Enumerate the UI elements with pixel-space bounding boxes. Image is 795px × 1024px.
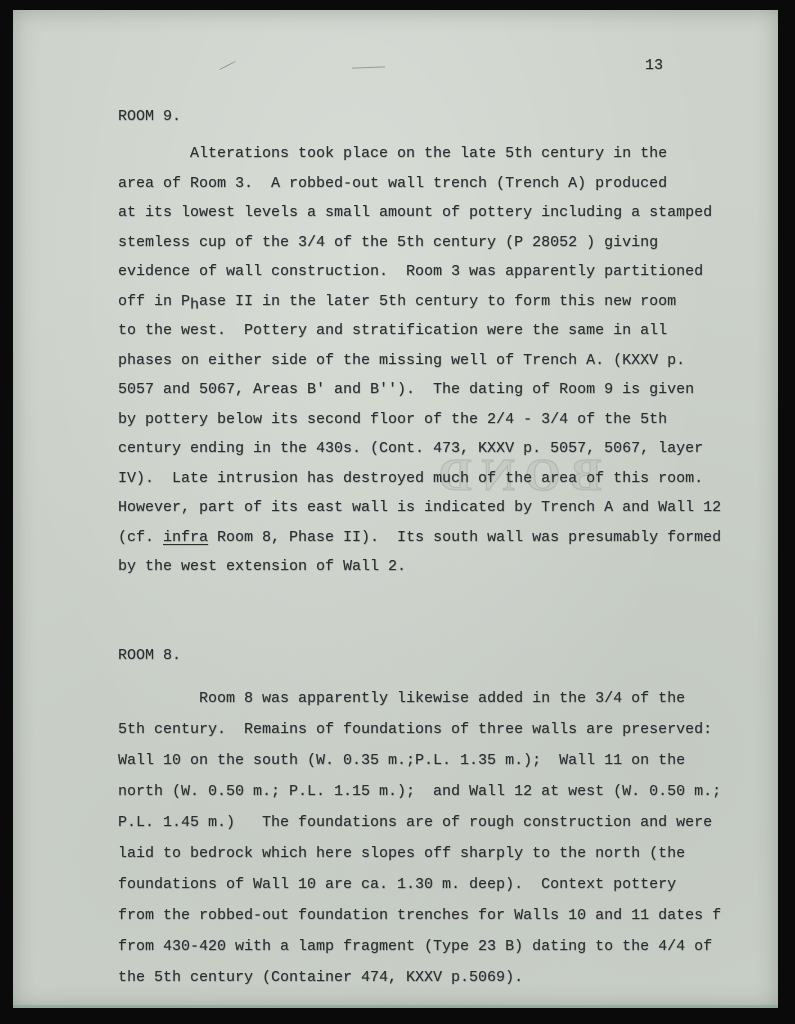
text-segment: at its lowest levels a small amount of p… [118,204,712,221]
text-line: stemless cup of the 3/4 of the 5th centu… [118,228,721,258]
text-line: Wall 10 on the south (W. 0.35 m.;P.L. 1.… [118,745,721,776]
text-segment: stemless cup of the 3/4 of the 5th centu… [118,234,658,251]
pencil-dash-mark [352,66,385,68]
text-line: 5th century. Remains of foundations of t… [118,714,721,745]
paragraph: Alterations took place on the late 5th c… [118,139,721,582]
text-line: foundations of Wall 10 are ca. 1.30 m. d… [118,869,721,900]
text-line: at its lowest levels a small amount of p… [118,198,721,228]
text-segment: to the west. Pottery and stratification … [118,322,667,339]
text-segment: area of Room 3. A robbed-out wall trench… [118,175,667,192]
underlined-text: infra [163,529,208,546]
text-segment: century ending in the 430s. (Cont. 473, … [118,440,703,457]
paragraph: Room 8 was apparently likewise added in … [118,683,721,993]
text-segment: evidence of wall construction. Room 3 wa… [118,263,703,280]
text-segment: by pottery below its second floor of the… [118,411,667,428]
dropped-character: h [190,290,199,320]
section-room-8: ROOM 8. Room 8 was apparently likewise a… [118,640,721,993]
text-segment: Room 8, Phase II). Its south wall was pr… [208,529,721,546]
text-line: off in Phase II in the later 5th century… [118,287,721,317]
pencil-slash-mark [219,61,236,71]
text-segment: laid to bedrock which here slopes off sh… [118,845,685,862]
page-number: 13 [645,57,663,74]
text-line: to the west. Pottery and stratification … [118,316,721,346]
text-line: (cf. infra Room 8, Phase II). Its south … [118,523,721,553]
text-line: P.L. 1.45 m.) The foundations are of rou… [118,807,721,838]
text-segment: 5th century. Remains of foundations of t… [118,721,712,738]
text-segment: Wall 10 on the south (W. 0.35 m.;P.L. 1.… [118,752,685,769]
text-segment: However, part of its east wall is indica… [118,499,721,516]
text-line: phases on either side of the missing wel… [118,346,721,376]
text-line: by the west extension of Wall 2. [118,552,721,582]
text-line: by pottery below its second floor of the… [118,405,721,435]
text-segment: phases on either side of the missing wel… [118,352,685,369]
text-segment: from the robbed-out foundation trenches … [118,907,721,924]
text-segment: from 430-420 with a lamp fragment (Type … [118,938,712,955]
scan-background: 13 BOND ROOM 9. Alterations took place o… [0,0,795,1024]
text-line: laid to bedrock which here slopes off sh… [118,838,721,869]
section-room-9: ROOM 9. Alterations took place on the la… [118,106,721,582]
text-segment: Room 8 was apparently likewise added in … [118,690,685,707]
text-line: However, part of its east wall is indica… [118,493,721,523]
section-heading: ROOM 9. [118,106,721,128]
text-segment: 5057 and 5067, Areas B' and B''). The da… [118,381,694,398]
text-line: 5057 and 5067, Areas B' and B''). The da… [118,375,721,405]
text-line: area of Room 3. A robbed-out wall trench… [118,169,721,199]
text-segment: north (W. 0.50 m.; P.L. 1.15 m.); and Wa… [118,783,721,800]
text-segment: P.L. 1.45 m.) The foundations are of rou… [118,814,712,831]
text-segment: off in P [118,293,190,310]
text-line: century ending in the 430s. (Cont. 473, … [118,434,721,464]
text-segment: IV). Late intrusion has destroyed much o… [118,470,703,487]
text-segment: (cf. [118,529,163,546]
text-line: from 430-420 with a lamp fragment (Type … [118,931,721,962]
text-segment: the 5th century (Container 474, KXXV p.5… [118,969,523,986]
paper-page: 13 BOND ROOM 9. Alterations took place o… [13,10,778,1008]
text-segment: ase II in the later 5th century to form … [199,293,676,310]
text-line: Room 8 was apparently likewise added in … [118,683,721,714]
text-line: the 5th century (Container 474, KXXV p.5… [118,962,721,993]
text-line: IV). Late intrusion has destroyed much o… [118,464,721,494]
text-segment: foundations of Wall 10 are ca. 1.30 m. d… [118,876,676,893]
text-line: north (W. 0.50 m.; P.L. 1.15 m.); and Wa… [118,776,721,807]
text-segment: by the west extension of Wall 2. [118,558,406,575]
text-line: from the robbed-out foundation trenches … [118,900,721,931]
text-line: Alterations took place on the late 5th c… [118,139,721,169]
text-segment: Alterations took place on the late 5th c… [118,145,667,162]
text-line: evidence of wall construction. Room 3 wa… [118,257,721,287]
section-heading: ROOM 8. [118,640,721,671]
